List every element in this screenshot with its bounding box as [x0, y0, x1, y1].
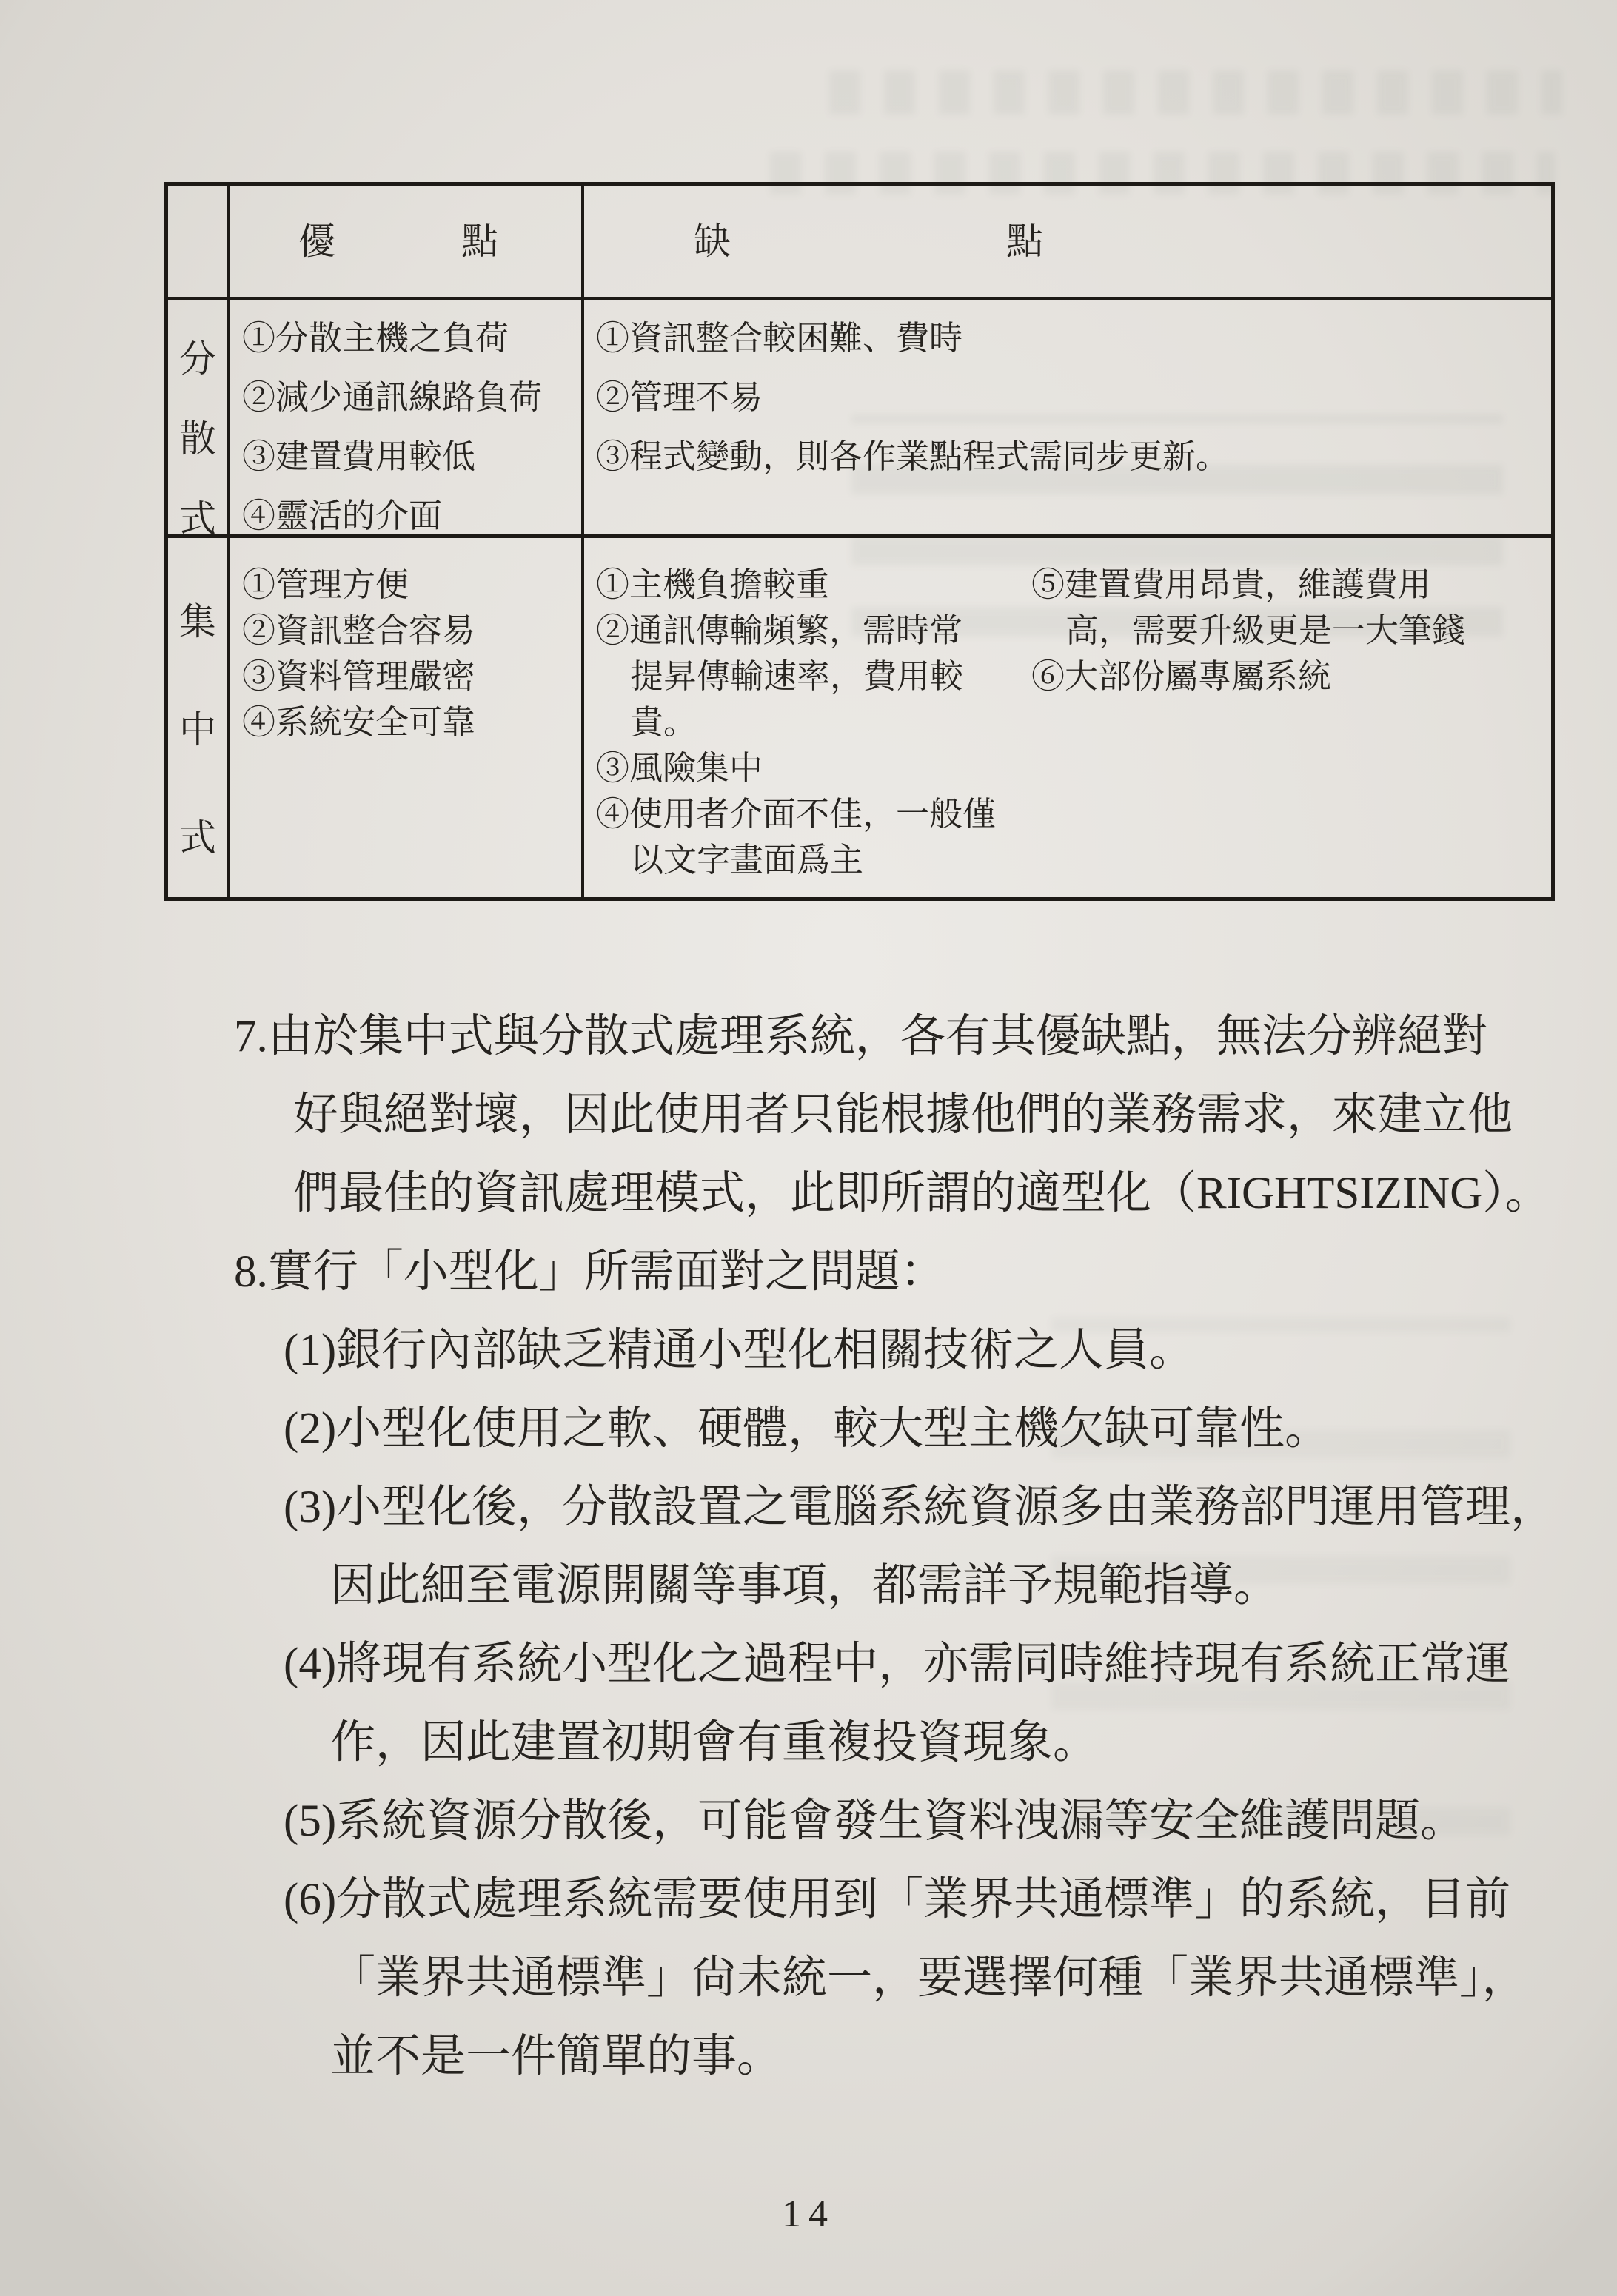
- table-item: ①管理方便: [242, 562, 581, 608]
- body-line: (5)系統資源分散後，可能會發生資料洩漏等安全維護問題。: [284, 1782, 1617, 1861]
- table-item: ⑥大部份屬專屬系統: [1031, 654, 1544, 699]
- body-line: 作，因此建置初期會有重複投資現象。: [330, 1704, 1617, 1782]
- body-line: (2)小型化使用之軟、硬體，較大型主機欠缺可靠性。: [284, 1390, 1617, 1468]
- body-line: 們最佳的資訊處理模式，此即所謂的適型化（RIGHTSIZING）。: [293, 1155, 1617, 1233]
- comparison-table: 優點 缺點 分散式 ①分散主機之負荷 ②減少通訊線路負荷 ③建置費用較低 ④靈活…: [164, 182, 1555, 901]
- table-item: ③資料管理嚴密: [242, 654, 581, 699]
- table-item: ②減少通訊線路負荷: [242, 368, 581, 427]
- body-line: (6)分散式處理系統需要使用到「業界共通標準」的系統，目前: [284, 1861, 1617, 1939]
- table-header-disadvantages: 缺點: [584, 186, 1551, 297]
- table-item: ④靈活的介面: [242, 486, 581, 546]
- table-item: ①分散主機之負荷: [242, 309, 581, 368]
- body-line: 因此細至電源開關等事項，都需詳予規範指導。: [330, 1547, 1617, 1625]
- table-vertical-rule: [227, 186, 230, 897]
- row-label-centralized: 集中式: [168, 538, 227, 897]
- table-item: ③建置費用較低: [242, 427, 581, 486]
- table-item: ②管理不易: [596, 368, 1551, 427]
- body-line: 7.由於集中式與分散式處理系統，各有其優缺點，無法分辨絕對: [234, 998, 1617, 1076]
- table-item: ③程式變動，則各作業點程式需同步更新。: [596, 427, 1551, 486]
- table-item: ①資訊整合較困難、費時: [596, 309, 1551, 368]
- page-number: 14: [0, 2192, 1617, 2236]
- table-item: ④使用者介面不佳，一般僅 以文字畫面爲主: [596, 791, 1031, 883]
- body-line: 8.實行「小型化」所需面對之問題：: [234, 1233, 1617, 1312]
- cell-distributed-advantages: ①分散主機之負荷 ②減少通訊線路負荷 ③建置費用較低 ④靈活的介面: [230, 300, 581, 534]
- table-item: ⑤建置費用昂貴，維護費用 高，需要升級更是一大筆錢: [1031, 562, 1544, 654]
- cell-centralized-disadvantages: ①主機負擔較重 ②通訊傳輸頻繁，需時常 提昇傳輸速率，費用較 貴。 ③風險集中 …: [584, 538, 1551, 897]
- scanned-document-page: 優點 缺點 分散式 ①分散主機之負荷 ②減少通訊線路負荷 ③建置費用較低 ④靈活…: [0, 0, 1617, 2296]
- table-item: ②資訊整合容易: [242, 608, 581, 654]
- body-line: 「業界共通標準」尙未統一，要選擇何種「業界共通標準」，: [330, 1939, 1617, 2018]
- body-text: 7.由於集中式與分散式處理系統，各有其優缺點，無法分辨絕對 好與絕對壞，因此使用…: [0, 998, 1617, 2096]
- disadvantages-left-column: ①主機負擔較重 ②通訊傳輸頻繁，需時常 提昇傳輸速率，費用較 貴。 ③風險集中 …: [596, 562, 1031, 897]
- body-line: 好與絕對壞，因此使用者只能根據他們的業務需求，來建立他: [293, 1076, 1617, 1155]
- body-line: (3)小型化後，分散設置之電腦系統資源多由業務部門運用管理，: [284, 1468, 1617, 1547]
- row-label-distributed: 分散式: [168, 300, 227, 554]
- table-item: ①主機負擔較重: [596, 562, 1031, 608]
- table-item: ③風險集中: [596, 745, 1031, 791]
- disadvantages-right-column: ⑤建置費用昂貴，維護費用 高，需要升級更是一大筆錢 ⑥大部份屬專屬系統: [1031, 562, 1551, 897]
- table-item: ②通訊傳輸頻繁，需時常 提昇傳輸速率，費用較 貴。: [596, 608, 1031, 745]
- body-line: (4)將現有系統小型化之過程中，亦需同時維持現有系統正常運: [284, 1625, 1617, 1704]
- ink-bleed-through: [829, 70, 1562, 115]
- body-line: 並不是一件簡單的事。: [330, 2018, 1617, 2096]
- cell-centralized-advantages: ①管理方便 ②資訊整合容易 ③資料管理嚴密 ④系統安全可靠: [230, 538, 581, 897]
- table-item: ④系統安全可靠: [242, 699, 581, 745]
- body-line: (1)銀行內部缺乏精通小型化相關技術之人員。: [284, 1312, 1617, 1390]
- cell-distributed-disadvantages: ①資訊整合較困難、費時 ②管理不易 ③程式變動，則各作業點程式需同步更新。: [584, 300, 1551, 534]
